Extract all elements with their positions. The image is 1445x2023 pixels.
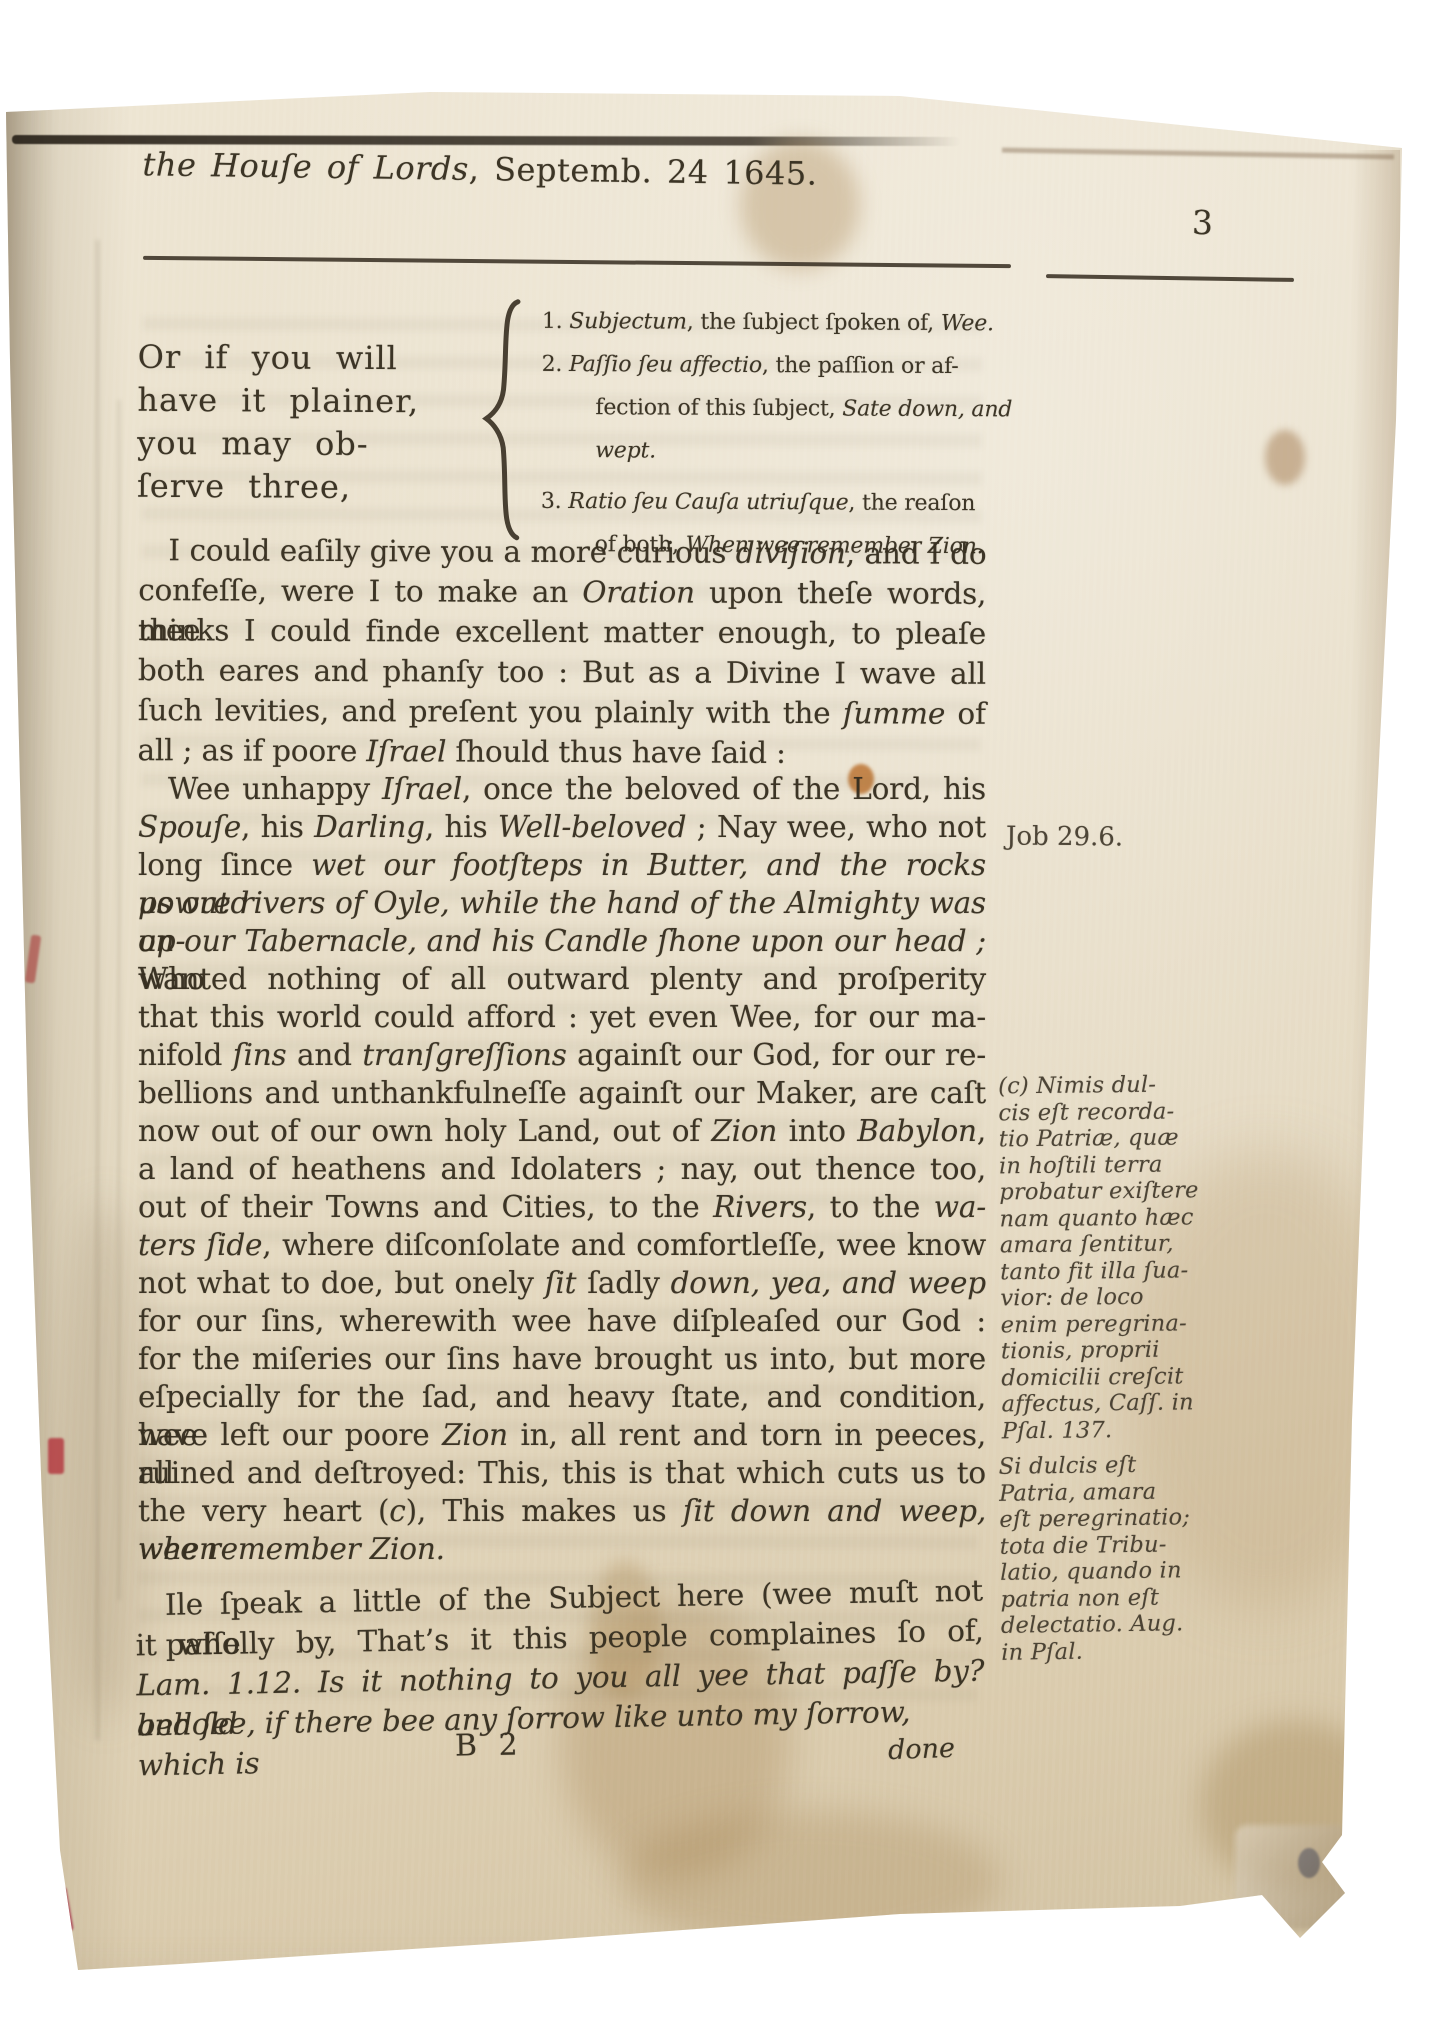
observation-section: Or if you willhave it plainer,you may ob… <box>138 294 988 298</box>
margin-note-latin-c: (c) Nimis dul-cis eſt recorda-tio Patriæ… <box>998 1071 1264 1445</box>
crumpled-corner <box>1235 1825 1350 1930</box>
stain <box>620 1810 1000 1950</box>
header-rule <box>1046 274 1294 281</box>
red-edge-mark <box>48 1438 64 1474</box>
page-number: 3 <box>1192 203 1214 242</box>
observation-items: 1. Subjectum, the ſubject ſpoken of, Wee… <box>541 300 1012 568</box>
paragraph-3: Ile ſpeak a little of the Subject here (… <box>135 1571 986 1746</box>
photo-of-book-page: { "colors": {"paper":"#e9e0cb","ink":"#3… <box>0 0 1445 2023</box>
paragraph-2: Wee unhappy Iſrael, once the beloved of … <box>138 770 986 1568</box>
curly-brace-icon <box>481 296 528 548</box>
margin-note-latin-aug: Si dulcis eſtPatria, amaraeſt peregrinat… <box>999 1450 1264 1666</box>
signature-mark: B 2 <box>455 1727 524 1763</box>
fore-edge-shading <box>1350 150 1400 1870</box>
margin-note-job-ref: Job 29.6. <box>1006 821 1123 852</box>
page-top-edge-shadow <box>1002 148 1394 160</box>
stain <box>1265 430 1305 485</box>
header-rule <box>143 256 1011 268</box>
observation-intro: Or if you willhave it plainer,you may ob… <box>137 336 498 510</box>
book-page-paper: the Houſe of Lords, Septemb. 24 1645. 3 … <box>0 0 1445 2023</box>
paragraph-1: I could eaſily give you a more curious d… <box>137 530 986 774</box>
catchword: done <box>887 1733 955 1766</box>
running-title: the Houſe of Lords, Septemb. 24 1645. <box>140 145 820 192</box>
